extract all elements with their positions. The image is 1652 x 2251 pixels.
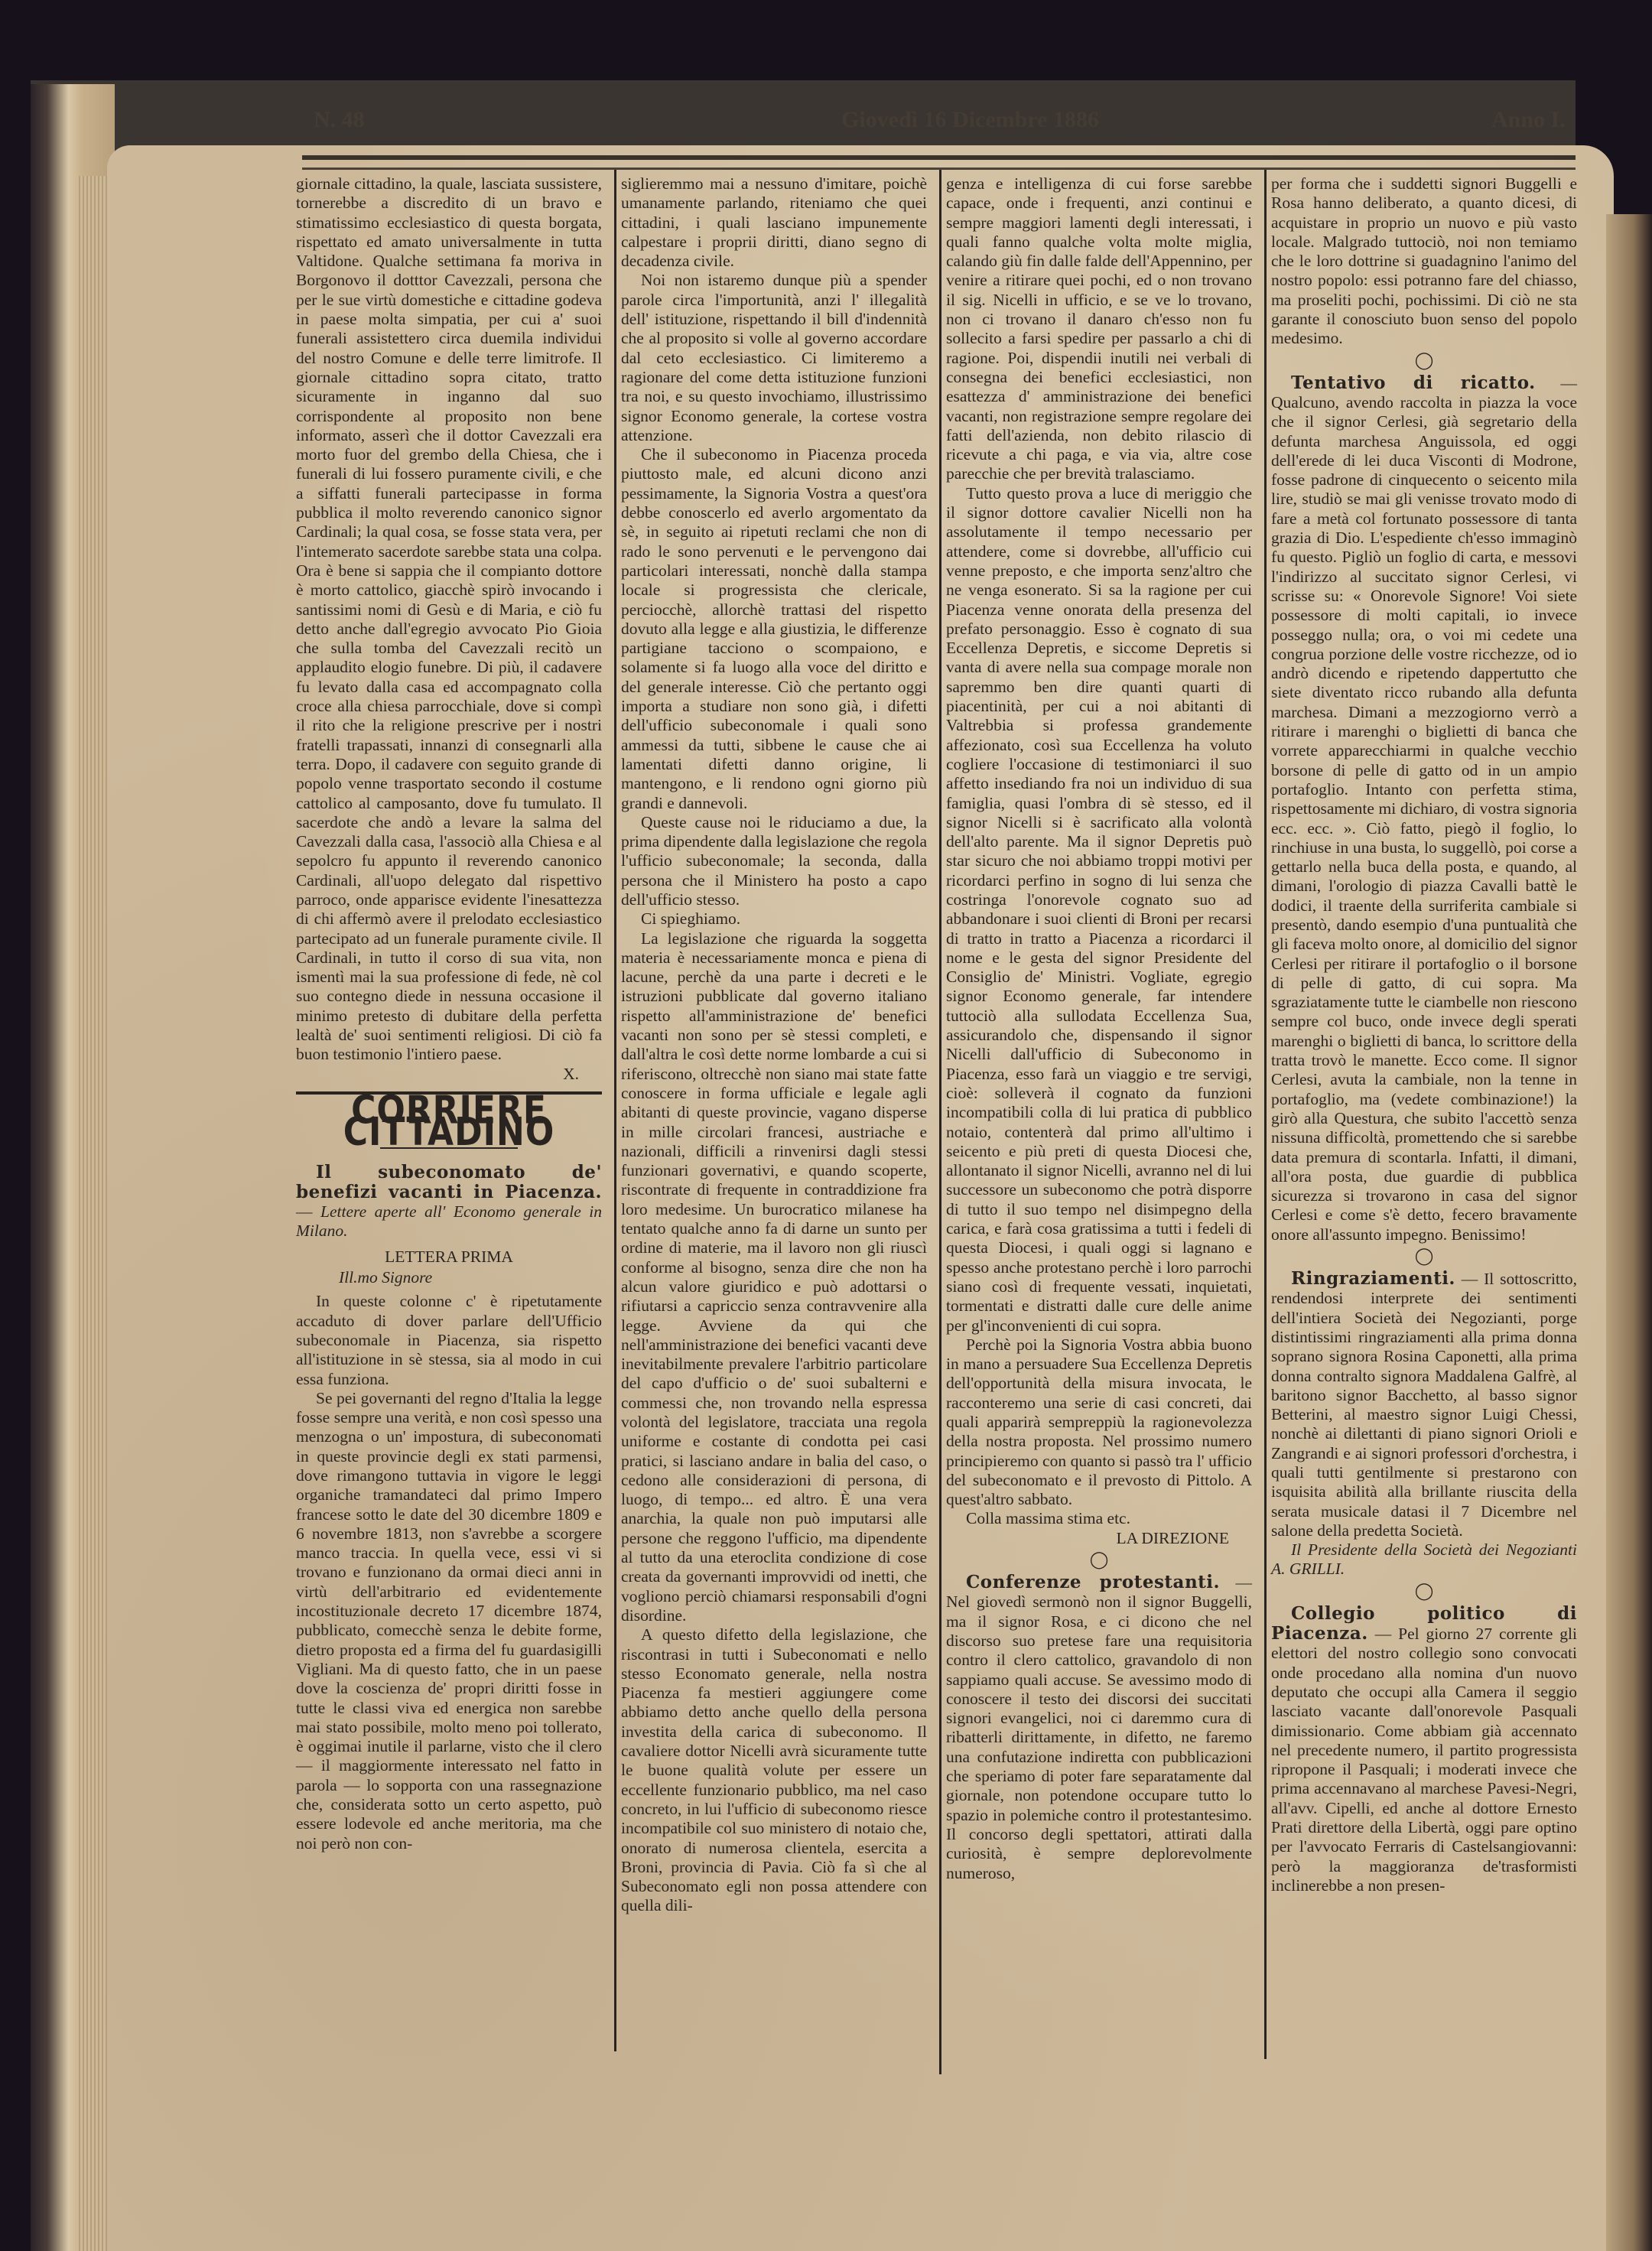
column-rule-1 [614,170,616,2051]
paragraph: Perchè poi la Signoria Vostra abbia buon… [946,1335,1252,1510]
paragraph: per forma che i suddetti signori Buggell… [1271,174,1577,349]
section-title-corriere-cittadino: CORRIERE CITTADINO [296,1099,602,1143]
signature-grilli: Il Presidente della Società dei Negozian… [1271,1540,1577,1578]
page-edge-right [1606,214,1652,2251]
running-head-right: Anno I. [1491,107,1566,133]
article-subtitle: Lettere aperte all' Economo generale in … [296,1202,602,1240]
column-rule-3 [1264,170,1267,2059]
signature-la-direzione: LA DIREZIONE [946,1529,1252,1548]
article-text: Qualcuno, avendo raccolta in piazza la v… [1271,393,1577,1244]
paragraph: Ci spieghiamo. [621,909,927,929]
paragraph: La legislazione che riguarda la soggetta… [621,929,927,1626]
paragraph: Tutto questo prova a luce di meriggio ch… [946,484,1252,1335]
running-head-center: Giovedì 16 Dicembre 1886 [841,107,1099,133]
dash: — [1236,1573,1253,1592]
paragraph: Noi non istaremo dunque più a spender pa… [621,271,927,445]
article-text: Pel giorno 27 corrente gli elettori del … [1271,1625,1577,1895]
paragraph: giornale cittadino, la quale, lasciata s… [296,174,602,1065]
paragraph: siglieremmo mai a nessuno d'imitare, poi… [621,174,927,271]
dash: — [1561,374,1578,392]
salutation: Ill.mo Signore [339,1268,432,1287]
column-4: per forma che i suddetti signori Buggell… [1271,174,1577,1895]
paragraph: Queste cause noi le riduciamo a due, la … [621,813,927,909]
paragraph: Che il subeconomo in Piacenza proceda pi… [621,445,927,813]
header-double-rule [302,155,1576,170]
column-rule-2 [939,170,941,2074]
paragraph: In queste colonne c' è ripetutamente acc… [296,1292,602,1388]
article-text: Nel giovedì sermonò non il signor Buggel… [946,1592,1252,1882]
article-headline: Ringraziamenti. [1291,1268,1455,1289]
ornament-icon: ◯ [1271,1583,1577,1599]
paragraph: Colla massima stima etc. [946,1509,1252,1528]
signature-x: X. [296,1065,602,1084]
dash: — [1375,1625,1392,1643]
letter-label: LETTERA PRIMA [296,1247,602,1267]
paragraph: Se pei governanti del regno d'Italia la … [296,1389,602,1853]
article-headline: Conferenze protestanti. [966,1572,1220,1592]
article-text: Il sottoscritto, rendendosi interprete d… [1271,1270,1577,1540]
ornament-icon: ◯ [946,1551,1252,1568]
column-3: genza e intelligenza di cui forse sarebb… [946,174,1252,1883]
column-2: siglieremmo mai a nessuno d'imitare, poi… [621,174,927,1916]
column-1: giornale cittadino, la quale, lasciata s… [296,174,602,1853]
dash: — [1462,1270,1478,1288]
dash: — [296,1202,313,1221]
paragraph: A questo difetto della legislazione, che… [621,1625,927,1915]
ornament-icon: ◯ [1271,352,1577,369]
paragraph: genza e intelligenza di cui forse sarebb… [946,174,1252,484]
ornament-icon: ◯ [1271,1247,1577,1264]
article-headline: Il subeconomato de' benefizi vacanti in … [296,1162,602,1202]
running-head-left: N. 48 [314,107,365,133]
article-headline: Tentativo di ricatto. [1291,372,1536,393]
